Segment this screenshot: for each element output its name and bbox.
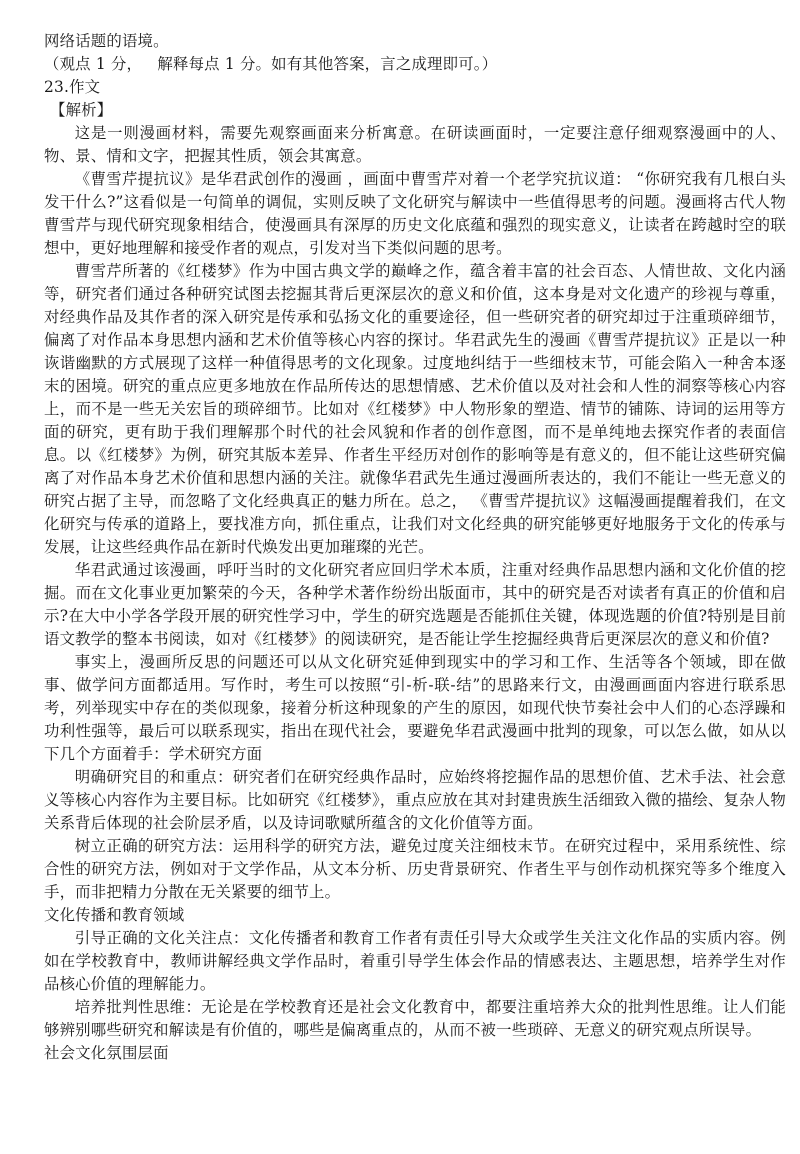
question-heading: 23.作文 xyxy=(44,76,786,99)
paragraph-comic-intro: 这是一则漫画材料，需要先观察画面来分析寓意。在研读画面时，一定要注意仔细观察漫画… xyxy=(44,122,786,168)
analysis-label: 【解析】 xyxy=(44,99,786,122)
section-heading-social-atmosphere: 社会文化氛围层面 xyxy=(44,1042,786,1065)
section-heading-culture-education: 文化传播和教育领域 xyxy=(44,904,786,927)
paragraph-call-to-return: 华君武通过该漫画，呼吁当时的文化研究者应回归学术本质，注重对经典作品思想内涵和文… xyxy=(44,559,786,651)
scoring-note: （观点 1 分， 解释每点 1 分。如有其他答案，言之成理即可。） xyxy=(44,53,786,76)
paragraph-writing-approach: 事实上，漫画所反思的问题还可以从文化研究延伸到现实中的学习和工作、生活等各个领域… xyxy=(44,651,786,766)
paragraph-hongloumeng-analysis: 曹雪芹所著的《红楼梦》作为中国古典文学的巅峰之作，蕴含着丰富的社会百态、人情世故… xyxy=(44,260,786,559)
paragraph-research-goal: 明确研究目的和重点：研究者们在研究经典作品时，应始终将挖掘作品的思想价值、艺术手… xyxy=(44,766,786,835)
document-page: 网络话题的语境。 （观点 1 分， 解释每点 1 分。如有其他答案，言之成理即可… xyxy=(44,30,786,1065)
continuation-line: 网络话题的语境。 xyxy=(44,30,786,53)
paragraph-critical-thinking: 培养批判性思维：无论是在学校教育还是社会文化教育中，都要注重培养大众的批判性思维… xyxy=(44,996,786,1042)
paragraph-comic-description: 《曹雪芹提抗议》是华君武创作的漫画 ，画面中曹雪芹对着一个老学究抗议道： “你研… xyxy=(44,168,786,260)
paragraph-research-method: 树立正确的研究方法：运用科学的研究方法，避免过度关注细枝末节。在研究过程中，采用… xyxy=(44,835,786,904)
paragraph-guide-attention: 引导正确的文化关注点：文化传播者和教育工作者有责任引导大众或学生关注文化作品的实… xyxy=(44,927,786,996)
